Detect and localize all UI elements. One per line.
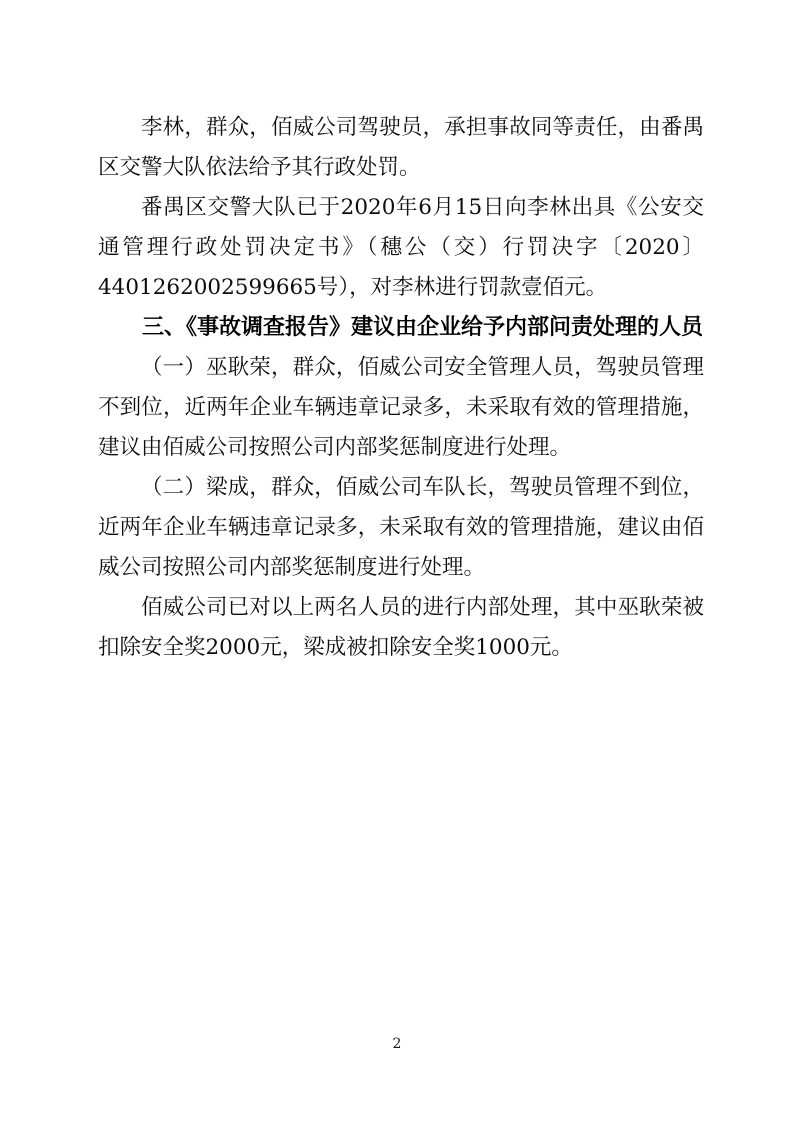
paragraph-liang-cheng: （二）梁成，群众，佰威公司车队长，驾驶员管理不到位，近两年企业车辆违章记录多，未…: [98, 468, 704, 588]
page-number: 2: [0, 1036, 794, 1052]
paragraph-wu-gengrong: （一）巫耿荣，群众，佰威公司安全管理人员，驾驶员管理不到位，近两年企业车辆违章记…: [98, 348, 704, 468]
document-content: 李林，群众，佰威公司驾驶员，承担事故同等责任，由番禺区交警大队依法给予其行政处罚…: [98, 108, 704, 668]
paragraph-internal-handling-result: 佰威公司已对以上两名人员的进行内部处理，其中巫耿荣被扣除安全奖2000元，梁成被…: [98, 588, 704, 668]
section-heading-internal-accountability: 三、《事故调查报告》建议由企业给予内部问责处理的人员: [98, 308, 704, 348]
paragraph-penalty-decision: 番禺区交警大队已于2020年6月15日向李林出具《公安交通管理行政处罚决定书》（…: [98, 188, 704, 308]
document-page: 李林，群众，佰威公司驾驶员，承担事故同等责任，由番禺区交警大队依法给予其行政处罚…: [0, 0, 794, 1123]
paragraph-li-lin-responsibility: 李林，群众，佰威公司驾驶员，承担事故同等责任，由番禺区交警大队依法给予其行政处罚…: [98, 108, 704, 188]
